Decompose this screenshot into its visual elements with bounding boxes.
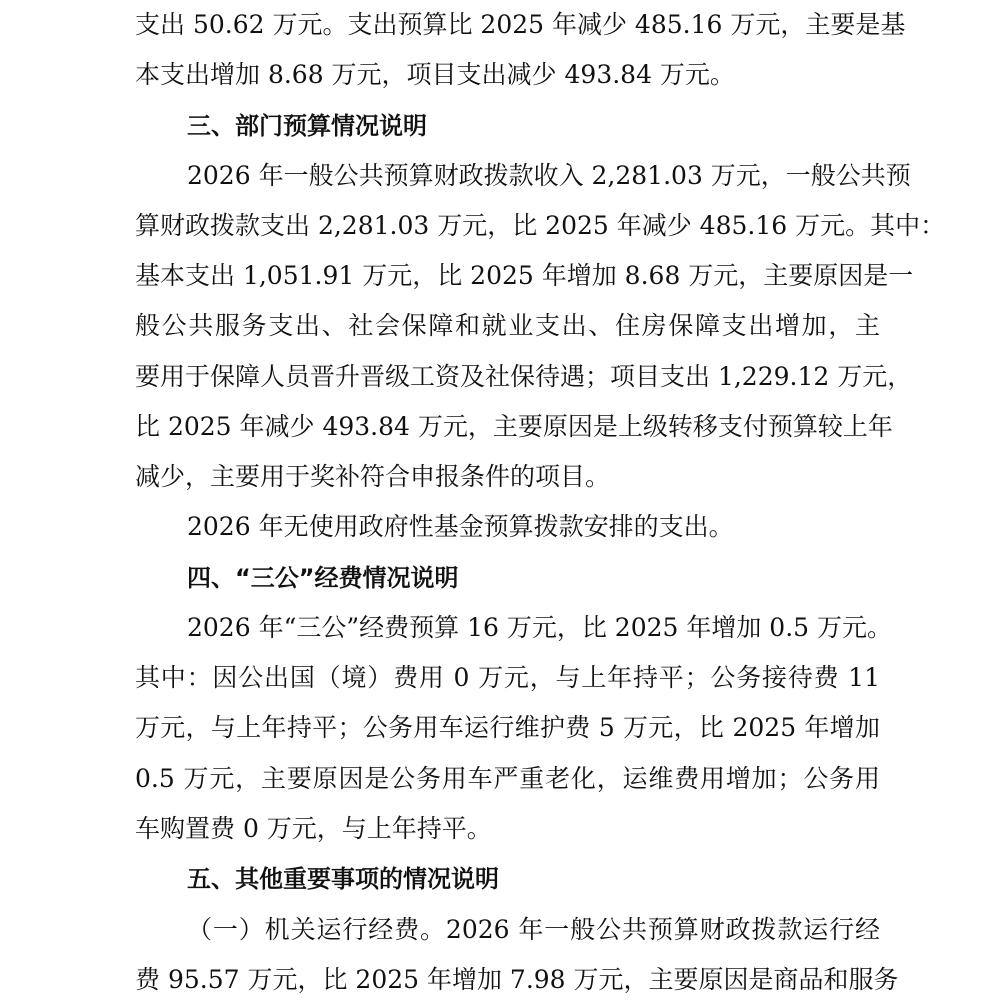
paragraph-line: 比 2025 年减少 493.84 万元，主要原因是上级转移支付预算较上年 (135, 402, 880, 452)
section-heading-4: 四、“三公”经费情况说明 (187, 553, 459, 603)
paragraph-line: （一）机关运行经费。2026 年一般公共预算财政拨款运行经 (187, 905, 880, 955)
paragraph-line: 般公共服务支出、社会保障和就业支出、住房保障支出增加，主 (135, 301, 880, 351)
paragraph-line: 支出 50.62 万元。支出预算比 2025 年减少 485.16 万元，主要是… (135, 0, 880, 50)
paragraph-line: 基本支出 1,051.91 万元，比 2025 年增加 8.68 万元，主要原因… (135, 251, 880, 301)
paragraph-line: 2026 年一般公共预算财政拨款收入 2,281.03 万元，一般公共预 (187, 151, 880, 201)
paragraph-line: 减少，主要用于奖补符合申报条件的项目。 (135, 452, 880, 502)
paragraph-line: 要用于保障人员晋升晋级工资及社保待遇；项目支出 1,229.12 万元， (135, 352, 880, 402)
paragraph-line: 2026 年“三公”经费预算 16 万元，比 2025 年增加 0.5 万元。 (187, 603, 880, 653)
section-heading-3: 三、部门预算情况说明 (187, 101, 427, 151)
paragraph-line: 本支出增加 8.68 万元，项目支出减少 493.84 万元。 (135, 50, 880, 100)
paragraph-line: 0.5 万元，主要原因是公务用车严重老化，运维费用增加；公务用 (135, 754, 880, 804)
section-heading-5: 五、其他重要事项的情况说明 (187, 854, 499, 904)
paragraph-line: 车购置费 0 万元，与上年持平。 (135, 804, 880, 854)
paragraph-line: 算财政拨款支出 2,281.03 万元，比 2025 年减少 485.16 万元… (135, 201, 880, 251)
paragraph-line: 其中：因公出国（境）费用 0 万元，与上年持平；公务接待费 11 (135, 653, 880, 703)
paragraph-line: 万元，与上年持平；公务用车运行维护费 5 万元，比 2025 年增加 (135, 703, 880, 753)
document-page: 支出 50.62 万元。支出预算比 2025 年减少 485.16 万元，主要是… (0, 0, 1000, 1003)
paragraph-line: 2026 年无使用政府性基金预算拨款安排的支出。 (187, 502, 880, 552)
paragraph-line: 费 95.57 万元，比 2025 年增加 7.98 万元，主要原因是商品和服务 (135, 955, 880, 1003)
